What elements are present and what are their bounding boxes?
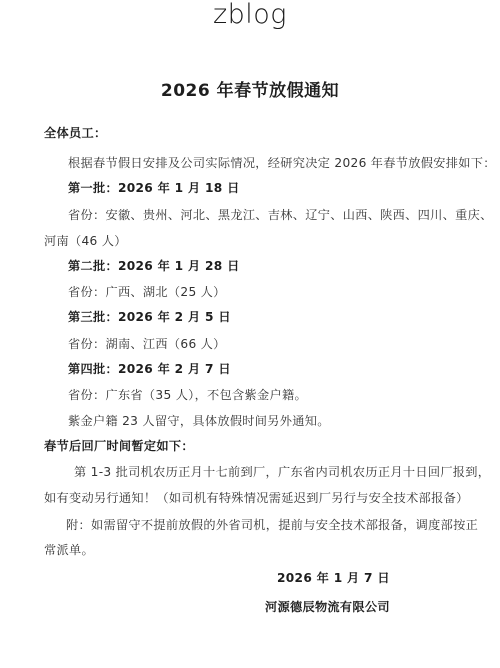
batch-4-heading: 第四批：2026 年 2 月 7 日 [68, 360, 231, 377]
batch-3-heading: 第三批：2026 年 2 月 5 日 [68, 308, 231, 325]
batch-3-provinces: 省份：湖南、江西（66 人） [68, 335, 226, 352]
return-paragraph-line1: 第 1-3 批司机农历正月十七前到厂，广东省内司机农历正月十日回厂报到， [74, 463, 490, 480]
batch-1-provinces-cont: 河南（46 人） [44, 232, 127, 249]
batch-4-note: 紫金户籍 23 人留守，具体放假时间另外通知。 [68, 412, 330, 429]
batch-4-provinces: 省份：广东省（35 人），不包含紫金户籍。 [68, 386, 307, 403]
appendix-line1: 附：如需留守不提前放假的外省司机，提前与安全技术部报备，调度部按正 [66, 516, 478, 533]
batch-2-heading: 第二批：2026 年 1 月 28 日 [68, 257, 240, 274]
batch-1-heading: 第一批：2026 年 1 月 18 日 [68, 179, 240, 196]
salutation: 全体员工： [44, 124, 106, 141]
appendix-line2: 常派单。 [44, 541, 94, 558]
return-heading: 春节后回厂时间暂定如下： [44, 437, 194, 454]
batch-1-provinces: 省份：安徽、贵州、河北、黑龙江、吉林、辽宁、山西、陕西、四川、重庆、 [68, 206, 493, 223]
intro-paragraph: 根据春节假日安排及公司实际情况，经研究决定 2026 年春节放假安排如下： [68, 154, 496, 171]
batch-2-provinces: 省份：广西、湖北（25 人） [68, 283, 226, 300]
notice-title: 2026 年春节放假通知 [0, 76, 500, 101]
notice-date: 2026 年 1 月 7 日 [277, 569, 390, 586]
company-name: 河源德辰物流有限公司 [265, 598, 390, 615]
notice-document: 2026 年春节放假通知 全体员工： 根据春节假日安排及公司实际情况，经研究决定… [0, 0, 500, 668]
return-paragraph-line2: 如有变动另行通知！（如司机有特殊情况需延迟到厂另行与安全技术部报备） [44, 489, 469, 506]
